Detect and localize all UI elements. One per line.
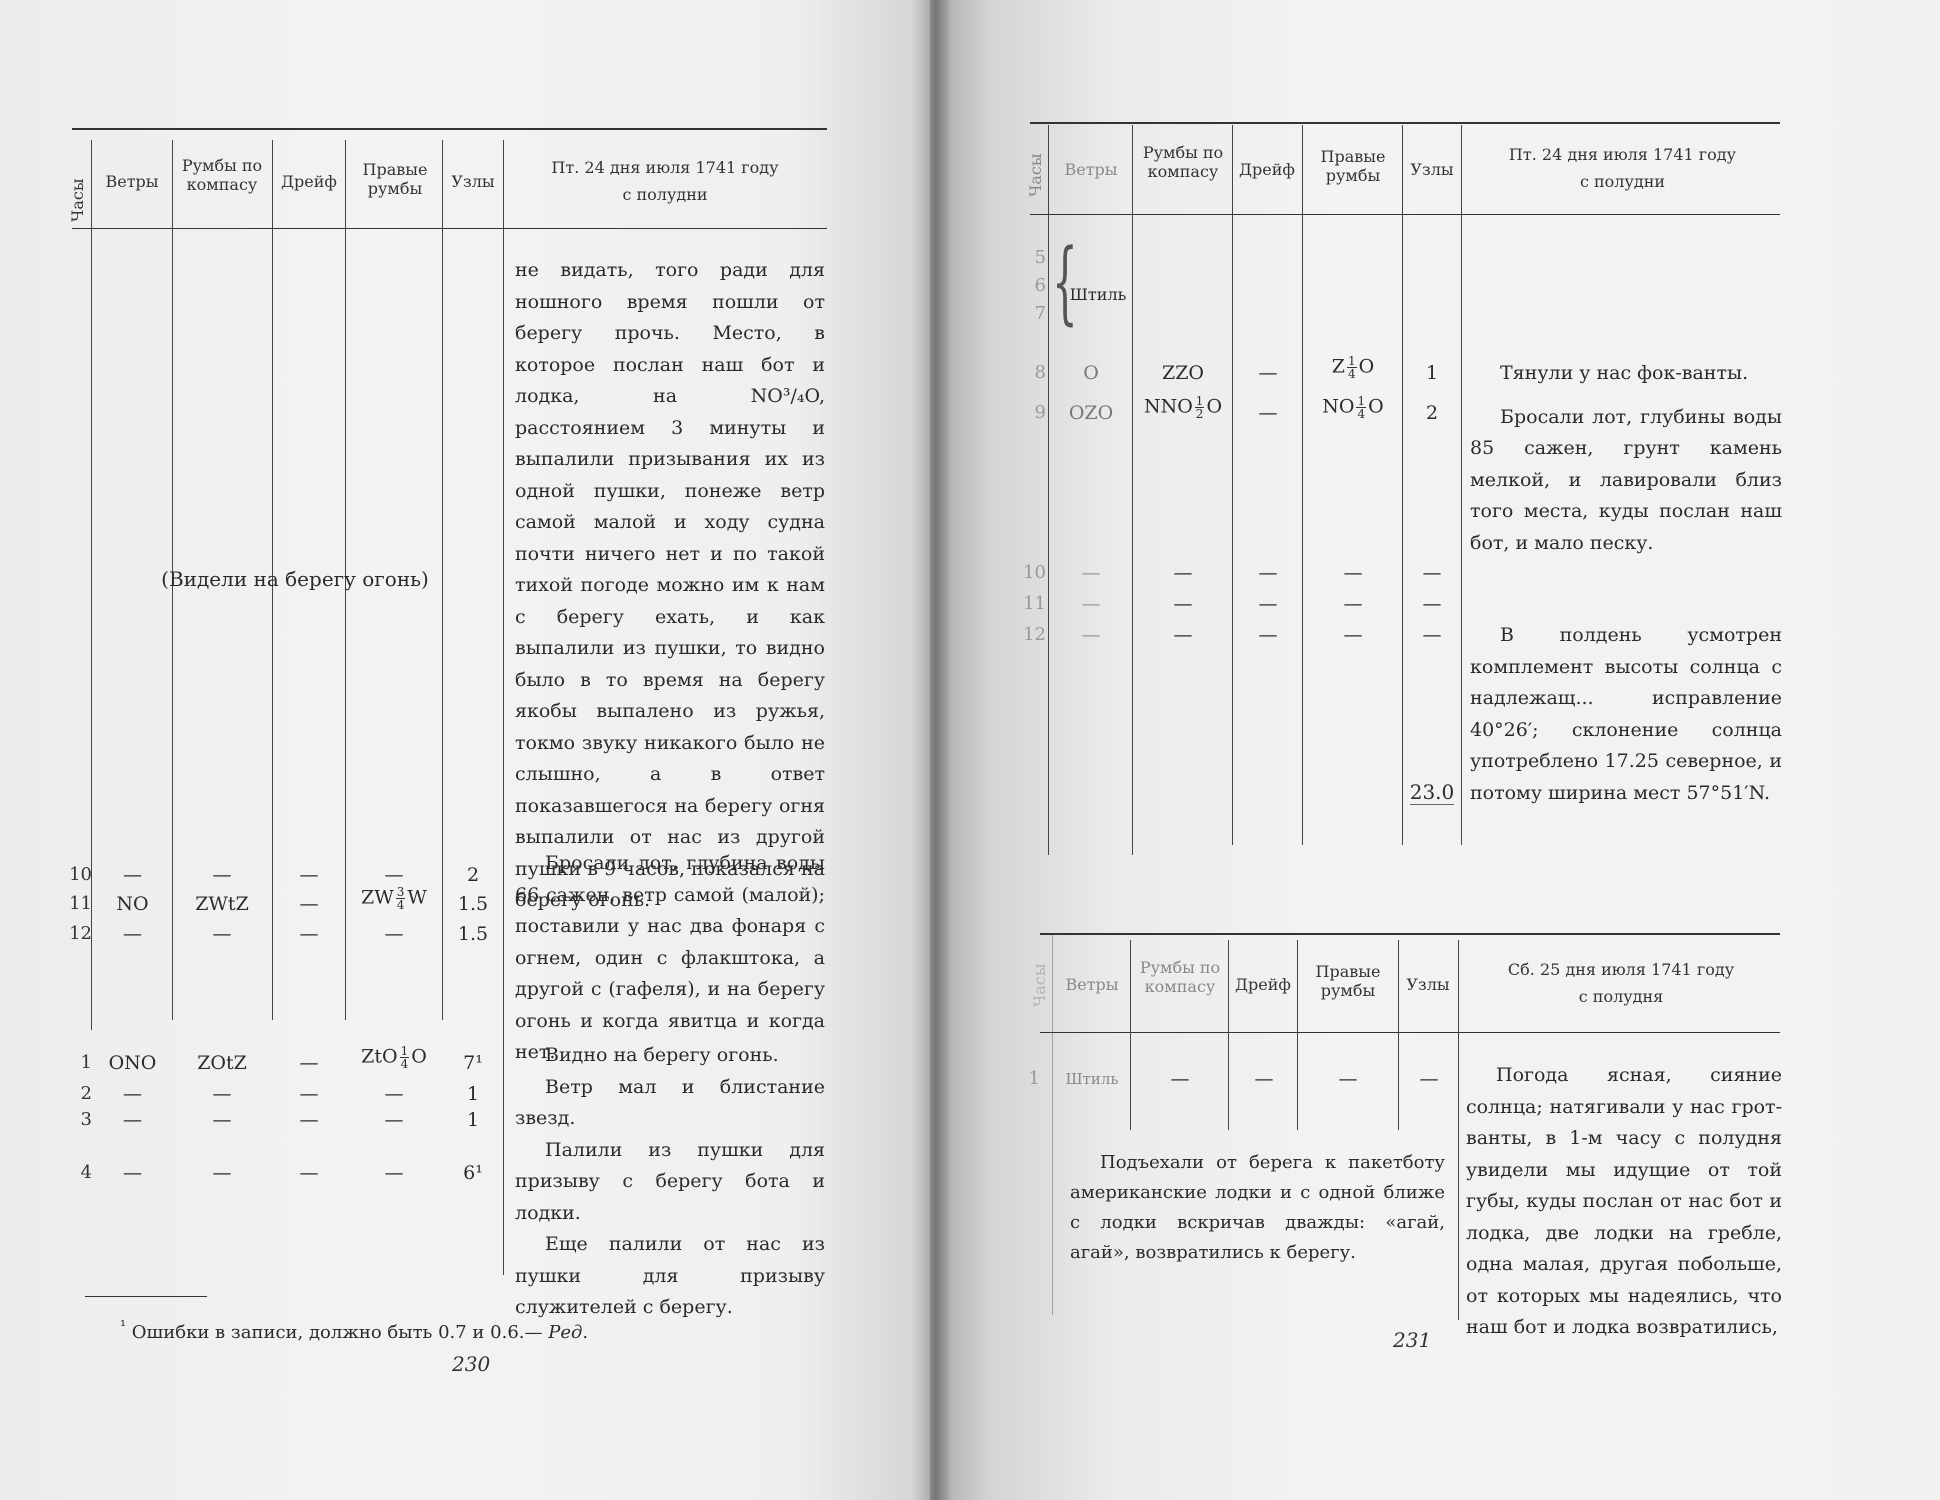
- knots-cell: —: [1406, 562, 1458, 584]
- fraction: 14: [1356, 395, 1366, 420]
- journal-date: Сб. 25 дня июля 1741 году: [1462, 960, 1780, 979]
- brace-icon: {: [1052, 238, 1078, 328]
- rhumb-cell: —: [176, 1083, 268, 1105]
- wind-cell: —: [95, 923, 170, 945]
- wind-cell: —: [1052, 624, 1130, 646]
- table-header-rule: [72, 228, 827, 229]
- drift-cell: —: [276, 1162, 342, 1184]
- page-number: 230: [452, 1352, 490, 1376]
- knots-cell: 1.5: [446, 893, 500, 915]
- table-header-rule: [1030, 214, 1780, 215]
- true-rhumb-cell: —: [348, 864, 440, 886]
- rhumb-cell: —: [1136, 593, 1230, 615]
- knots-cell: 1: [1406, 362, 1458, 384]
- knots-cell: 2: [446, 864, 500, 886]
- col-rule: [1402, 125, 1403, 845]
- page-number: 231: [1393, 1328, 1431, 1352]
- wind-cell: —: [1052, 562, 1130, 584]
- true-rhumb-cell: Z14O: [1306, 355, 1400, 380]
- footnote: ¹ Ошибки в записи, должно быть 0.7 и 0.6…: [120, 1317, 588, 1343]
- journal-entry: Тянули у нас фок-ванты. Бросали лот, глу…: [1470, 358, 1782, 559]
- drift-cell: —: [1232, 1068, 1296, 1090]
- hour-3: 3: [62, 1109, 92, 1130]
- wind-cell: ONO: [95, 1052, 170, 1074]
- header-hours: Часы: [68, 170, 90, 230]
- wind-cell: —: [95, 1162, 170, 1184]
- hour-5: 5: [1016, 247, 1046, 268]
- hour-1: 1: [62, 1052, 92, 1073]
- hour-8: 8: [1016, 362, 1046, 383]
- rhumb-cell: —: [176, 864, 268, 886]
- journal-entry: Видно на берегу огонь. Ветр мал и блиста…: [515, 1040, 825, 1324]
- fraction: 12: [1195, 395, 1205, 420]
- drift-cell: —: [1236, 624, 1300, 646]
- wind-cell: —: [95, 864, 170, 886]
- wind-cell: OZO: [1052, 402, 1130, 424]
- col-rule: [1398, 940, 1399, 1130]
- journal-period: с полудня: [1462, 987, 1780, 1006]
- annotation-saw-fire: (Видели на берегу огонь): [140, 567, 450, 591]
- rhumb-cell: —: [1136, 624, 1230, 646]
- wind-cell: NO: [95, 893, 170, 915]
- true-rhumb-cell: ZtO14O: [348, 1045, 440, 1070]
- rhumb-cell: —: [1136, 562, 1230, 584]
- header-journal-title: Пт. 24 дня июля 1741 году с полудни: [1465, 145, 1780, 191]
- col-rule: [1458, 940, 1459, 1320]
- hour-11: 11: [62, 893, 92, 914]
- hour-4: 4: [62, 1162, 92, 1183]
- journal-date: Пт. 24 дня июля 1741 году: [505, 158, 825, 177]
- fraction: 14: [1347, 355, 1357, 380]
- rhumb-cell: ZZO: [1136, 362, 1230, 384]
- calm-label: Штиль: [1066, 285, 1130, 304]
- col-rule: [1302, 125, 1303, 845]
- header-journal-title: Сб. 25 дня июля 1741 году с полудня: [1462, 960, 1780, 1006]
- wind-cell: —: [1052, 593, 1130, 615]
- drift-cell: —: [1236, 562, 1300, 584]
- header-drift: Дрейф: [1234, 160, 1300, 179]
- true-rhumb-cell: —: [1306, 562, 1400, 584]
- col-rule: [503, 140, 504, 1275]
- knots-cell: 6¹: [446, 1162, 500, 1184]
- hour-9: 9: [1016, 402, 1046, 423]
- col-rule: [1052, 935, 1053, 1315]
- rhumb-cell: —: [1134, 1068, 1226, 1090]
- drift-cell: —: [1236, 362, 1300, 384]
- header-winds: Ветры: [1052, 160, 1130, 179]
- rhumb-cell: —: [176, 1162, 268, 1184]
- header-true-rhumbs: Правые румбы: [1300, 962, 1396, 1000]
- drift-cell: —: [276, 1052, 342, 1074]
- header-rhumbs-compass: Румбы по компасу: [176, 156, 268, 194]
- hour-2: 2: [62, 1083, 92, 1104]
- header-journal-title: Пт. 24 дня июля 1741 году с полудни: [505, 158, 825, 204]
- knots-cell: —: [1406, 624, 1458, 646]
- drift-cell: —: [276, 1083, 342, 1105]
- true-rhumb-cell: ZW34W: [348, 886, 440, 911]
- header-knots: Узлы: [1400, 975, 1456, 994]
- header-drift: Дрейф: [1230, 975, 1296, 994]
- header-rhumbs-compass: Румбы по компасу: [1134, 958, 1226, 996]
- header-true-rhumbs: Правые румбы: [1306, 147, 1400, 185]
- rhumb-cell: NNO12O: [1136, 395, 1230, 420]
- true-rhumb-cell: —: [1300, 1068, 1396, 1090]
- journal-date: Пт. 24 дня июля 1741 году: [1465, 145, 1780, 164]
- header-winds: Ветры: [1056, 975, 1128, 994]
- drift-cell: —: [276, 864, 342, 886]
- header-hours: Часы: [1030, 955, 1050, 1015]
- knots-cell: —: [1406, 593, 1458, 615]
- wind-cell: —: [95, 1109, 170, 1131]
- knots-cell: 1: [446, 1109, 500, 1131]
- drift-cell: —: [1236, 402, 1300, 424]
- table-top-rule: [72, 128, 827, 130]
- header-drift: Дрейф: [274, 172, 344, 191]
- header-winds: Ветры: [94, 172, 170, 191]
- rhumb-cell: —: [176, 923, 268, 945]
- header-knots: Узлы: [444, 172, 502, 191]
- hour-7: 7: [1016, 303, 1046, 324]
- true-rhumb-cell: —: [348, 1162, 440, 1184]
- rhumb-cell: ZOtZ: [176, 1052, 268, 1074]
- footnote-rule: [85, 1296, 207, 1297]
- journal-period: с полудни: [1465, 172, 1780, 191]
- hour-12: 12: [62, 923, 92, 944]
- col-rule: [1130, 940, 1131, 1130]
- drift-cell: —: [276, 923, 342, 945]
- col-rule: [1461, 125, 1462, 845]
- header-true-rhumbs: Правые румбы: [350, 160, 440, 198]
- hour-10: 10: [62, 864, 92, 885]
- knots-cell: 1: [446, 1083, 500, 1105]
- col-rule: [1132, 125, 1133, 855]
- true-rhumb-cell: —: [1306, 593, 1400, 615]
- true-rhumb-cell: —: [1306, 624, 1400, 646]
- journal-entry: Погода ясная, сияние солнца; натягивали …: [1466, 1060, 1782, 1344]
- journal-entry: В полдень усмотрен комплемент высоты сол…: [1470, 620, 1782, 809]
- table2-header-rule: [1040, 1032, 1780, 1033]
- drift-cell: —: [1236, 593, 1300, 615]
- rhumb-cell: —: [176, 1109, 268, 1131]
- wind-cell: —: [95, 1083, 170, 1105]
- journal-entry: Бросали лот, глубина воды 66 сажен, ветр…: [515, 848, 825, 1069]
- header-hours: Часы: [1026, 145, 1046, 205]
- knots-cell: 7¹: [446, 1052, 500, 1074]
- right-page: [930, 0, 1940, 1500]
- col-rule: [1048, 125, 1049, 855]
- knots-cell: 1.5: [446, 923, 500, 945]
- hour-10: 10: [1016, 562, 1046, 583]
- col-rule: [1232, 125, 1233, 845]
- header-rhumbs-compass: Румбы по компасу: [1136, 143, 1230, 181]
- drift-cell: —: [276, 893, 342, 915]
- fraction: 14: [400, 1045, 410, 1070]
- annotation-boats: Подъехали от берега к пакетботу американ…: [1070, 1148, 1445, 1268]
- fraction: 34: [396, 886, 406, 911]
- wind-cell: O: [1052, 362, 1130, 384]
- knots-cell: —: [1402, 1068, 1456, 1090]
- drift-cell: —: [276, 1109, 342, 1131]
- hour-11: 11: [1016, 593, 1046, 614]
- header-knots: Узлы: [1404, 160, 1460, 179]
- true-rhumb-cell: NO14O: [1306, 395, 1400, 420]
- true-rhumb-cell: —: [348, 1083, 440, 1105]
- hour-6: 6: [1016, 275, 1046, 296]
- journal-entry: не видать, того ради для ношного время п…: [515, 255, 825, 917]
- rhumb-cell: ZWtZ: [176, 893, 268, 915]
- hour-12: 12: [1016, 624, 1046, 645]
- wind-cell: Штиль: [1056, 1070, 1128, 1088]
- total-knots: 23.0: [1406, 780, 1458, 804]
- table-top-rule: [1030, 122, 1780, 124]
- knots-cell: 2: [1406, 402, 1458, 424]
- table2-top-rule: [1040, 933, 1780, 935]
- col-rule: [1297, 940, 1298, 1130]
- journal-period: с полудни: [505, 185, 825, 204]
- true-rhumb-cell: —: [348, 923, 440, 945]
- true-rhumb-cell: —: [348, 1109, 440, 1131]
- col-rule: [1228, 940, 1229, 1130]
- hour-1: 1: [1010, 1068, 1040, 1089]
- book-gutter: [912, 0, 952, 1500]
